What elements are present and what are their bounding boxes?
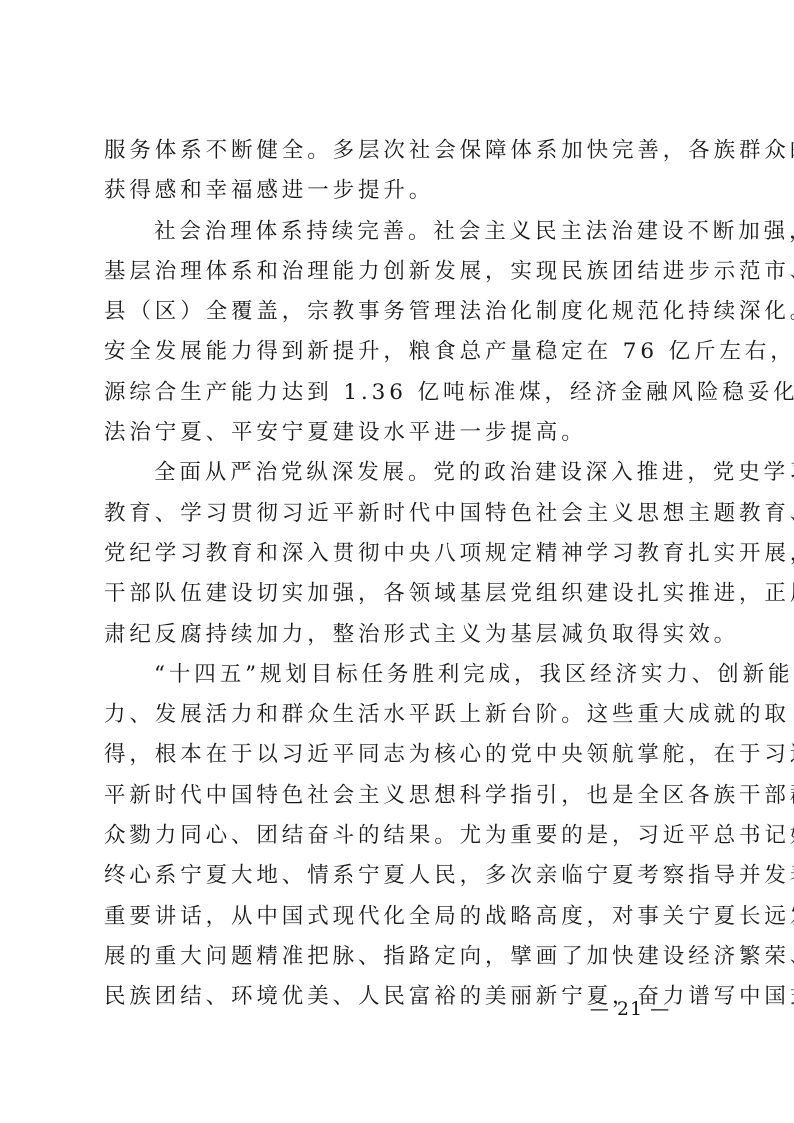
text-line: 重要讲话，从中国式现代化全局的战略高度，对事关宁夏长远发 [104,901,692,941]
paragraph-start-line: 全面从严治党纵深发展。党的政治建设深入推进，党史学习 [104,457,692,497]
page-number: — 21 — [585,996,675,1022]
text-line: 县（区）全覆盖，宗教事务管理法治化制度化规范化持续深化。 [104,296,692,336]
text-line: 党纪学习教育和深入贯彻中央八项规定精神学习教育扎实开展， [104,538,692,578]
document-page: 服务体系不断健全。多层次社会保障体系加快完善，各族群众的 获得感和幸福感进一步提… [0,0,794,1123]
text-line: 肃纪反腐持续加力，整治形式主义为基层减负取得实效。 [104,619,692,659]
paragraph-start-line: 社会治理体系持续完善。社会主义民主法治建设不断加强， [104,216,692,256]
body-text: 服务体系不断健全。多层次社会保障体系加快完善，各族群众的 获得感和幸福感进一步提… [104,135,692,1022]
text-line: 源综合生产能力达到 1.36 亿吨标准煤，经济金融风险稳妥化解。 [104,377,692,417]
text-line: 安全发展能力得到新提升，粮食总产量稳定在 76 亿斤左右，能 [104,336,692,376]
text-line: 干部队伍建设切实加强，各领域基层党组织建设扎实推进，正风 [104,578,692,618]
text-line: 平新时代中国特色社会主义思想科学指引，也是全区各族干部群 [104,780,692,820]
text-line: 基层治理体系和治理能力创新发展，实现民族团结进步示范市、 [104,256,692,296]
text-line: 力、发展活力和群众生活水平跃上新台阶。这些重大成就的取 [104,699,692,739]
text-line: 展的重大问题精准把脉、指路定向，擘画了加快建设经济繁荣、 [104,941,692,981]
text-line: 众勠力同心、团结奋斗的结果。尤为重要的是，习近平总书记始 [104,820,692,860]
text-line: 终心系宁夏大地、情系宁夏人民，多次亲临宁夏考察指导并发表 [104,860,692,900]
text-line: 得，根本在于以习近平同志为核心的党中央领航掌舵，在于习近 [104,739,692,779]
text-line: 教育、学习贯彻习近平新时代中国特色社会主义思想主题教育、 [104,498,692,538]
text-line: 法治宁夏、平安宁夏建设水平进一步提高。 [104,417,692,457]
text-line: 获得感和幸福感进一步提升。 [104,175,692,215]
paragraph-start-line: “十四五”规划目标任务胜利完成，我区经济实力、创新能 [104,659,692,699]
text-line: 服务体系不断健全。多层次社会保障体系加快完善，各族群众的 [104,135,692,175]
